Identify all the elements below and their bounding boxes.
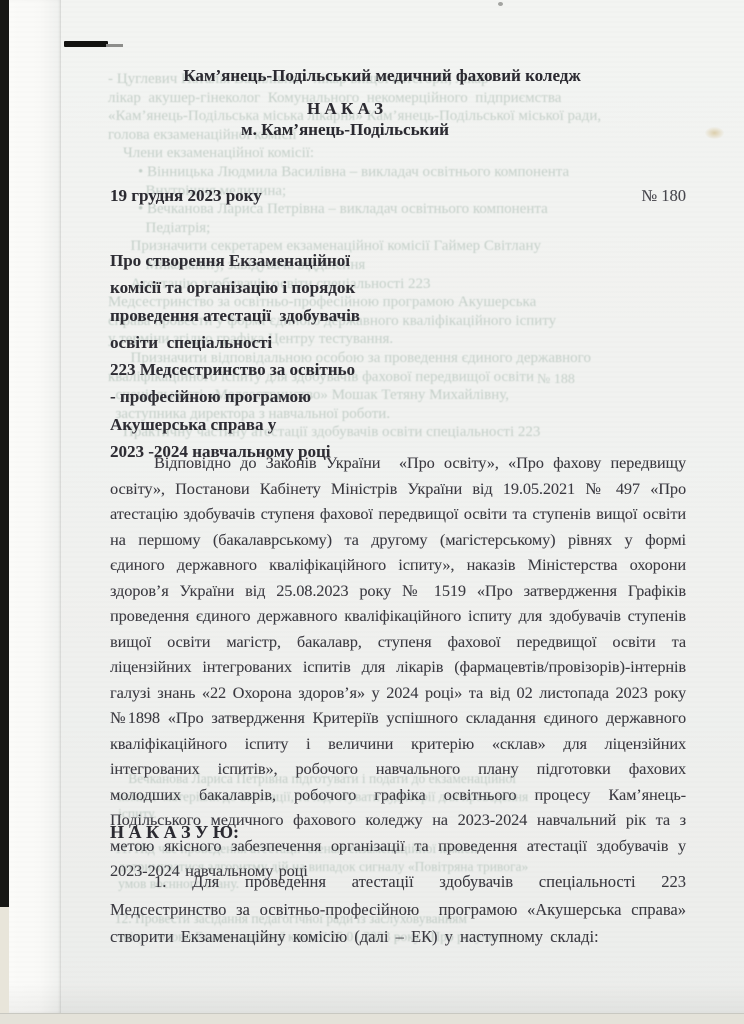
stain-spot: [705, 127, 724, 139]
scanner-edge-strip: [0, 0, 9, 907]
order-item-1: 1. Для проведення атестації здобувачів с…: [110, 868, 686, 951]
command-heading: Н А К А З У Ю:: [110, 822, 239, 843]
subject-line: комісії та організацію і порядок: [110, 274, 360, 301]
scanner-bottom-edge: [0, 1013, 744, 1024]
subject-block: Про створення Екзаменаційноїкомісії та о…: [110, 247, 360, 465]
subject-line: Акушерська справа у: [110, 411, 360, 438]
paper-sheet: - Цуглевич Наталія Василівна – лікар вищ…: [9, 0, 744, 1013]
subject-line: - професійною програмою: [110, 383, 360, 410]
order-type-heading: Н А К А З: [57, 99, 633, 119]
order-date: 19 грудня 2023 року: [110, 186, 262, 206]
subject-line: освіти спеціальності: [110, 329, 360, 356]
scan-page: - Цуглевич Наталія Василівна – лікар вищ…: [0, 0, 744, 1024]
document-content: Кам’янець-Подільський медичний фаховий к…: [110, 0, 686, 1013]
intro-paragraph: Відповідно до Законів України «Про освіт…: [110, 450, 686, 884]
date-row: 19 грудня 2023 року № 180: [110, 186, 686, 206]
college-title: Кам’янець-Подільський медичний фаховий к…: [94, 66, 670, 86]
pen-mark: [64, 41, 108, 47]
order-city-line: м. Кам’янець-Подільський: [57, 120, 633, 140]
subject-line: проведення атестації здобувачів: [110, 302, 360, 329]
subject-line: 223 Медсестринство за освітньо: [110, 356, 360, 383]
paper-edge-band: [9, 0, 61, 1013]
subject-line: Про створення Екзаменаційної: [110, 247, 360, 274]
order-number: № 180: [641, 186, 686, 206]
